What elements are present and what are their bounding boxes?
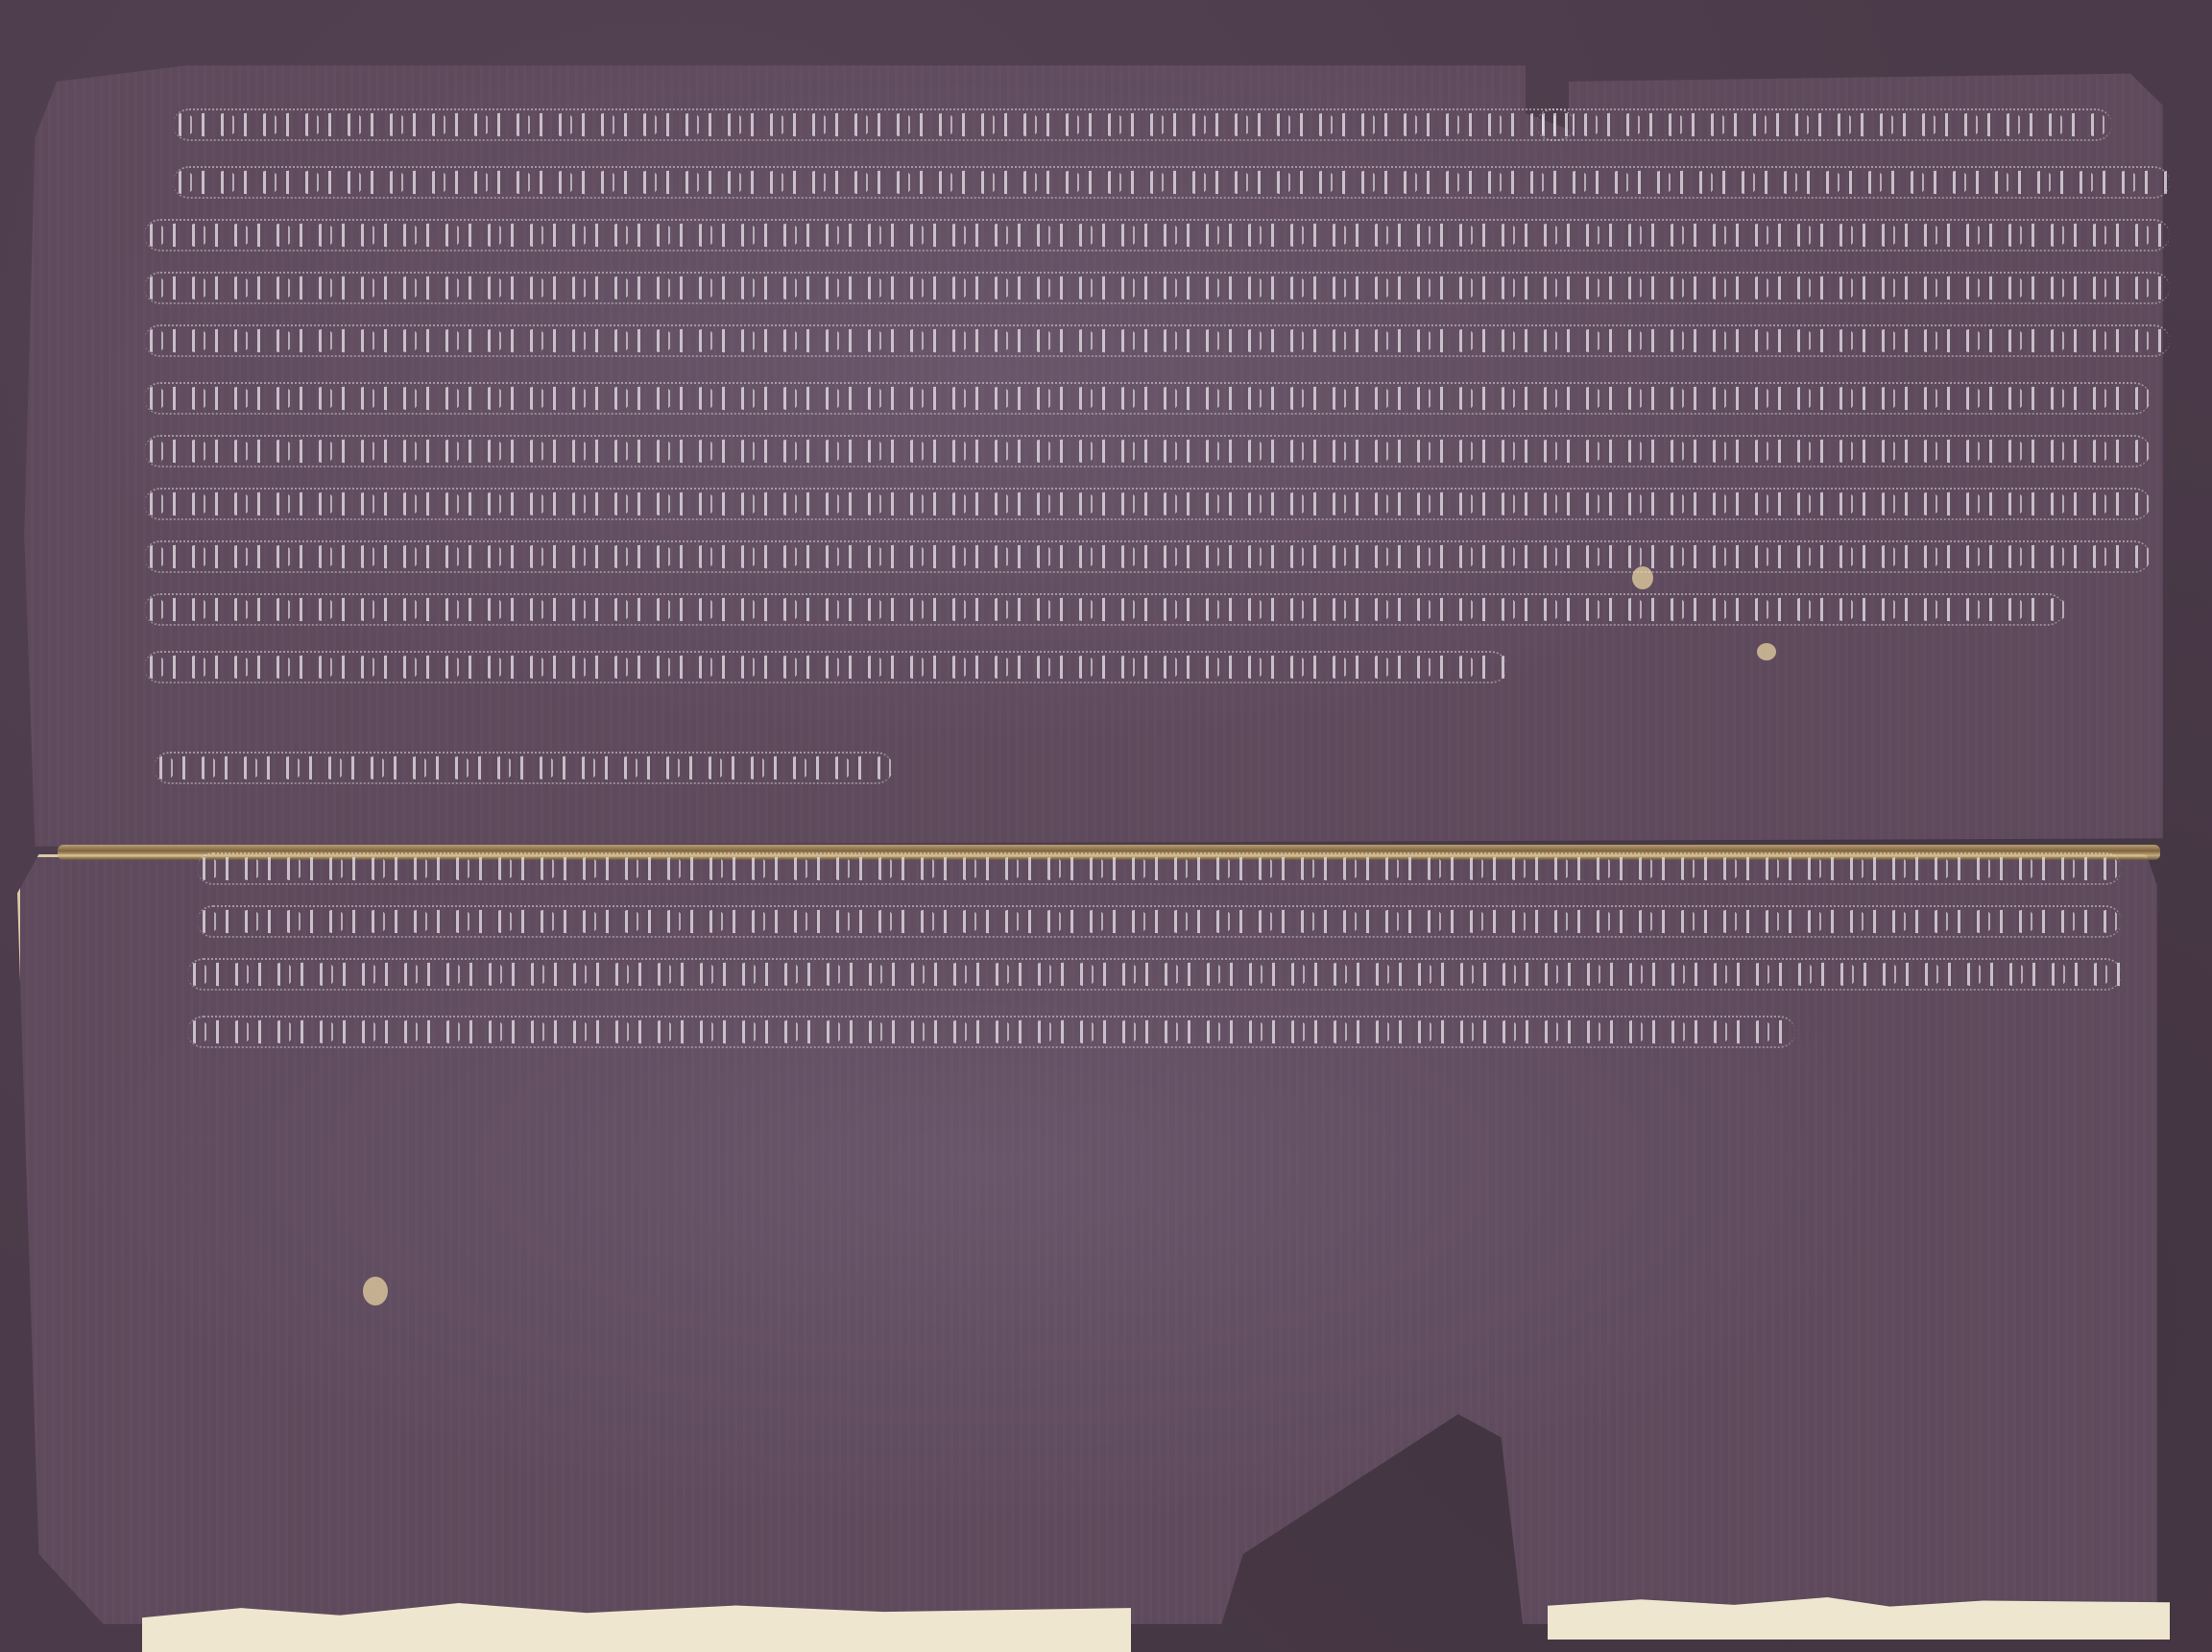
script-line <box>197 898 2122 946</box>
script-lines-container <box>0 0 2212 1652</box>
script-line <box>173 101 1575 149</box>
script-line <box>144 480 2151 528</box>
script-line <box>144 643 1507 691</box>
script-line <box>1536 101 2112 149</box>
script-line <box>144 427 2151 475</box>
script-line <box>144 586 2064 634</box>
script-line <box>187 1008 1795 1056</box>
script-line <box>144 533 2151 581</box>
script-line <box>173 158 2170 206</box>
script-line <box>144 317 2170 365</box>
script-line <box>144 374 2151 422</box>
script-line <box>197 845 2122 893</box>
script-line <box>144 264 2170 312</box>
script-line <box>144 211 2170 259</box>
script-line <box>187 950 2122 998</box>
script-line <box>154 744 893 792</box>
